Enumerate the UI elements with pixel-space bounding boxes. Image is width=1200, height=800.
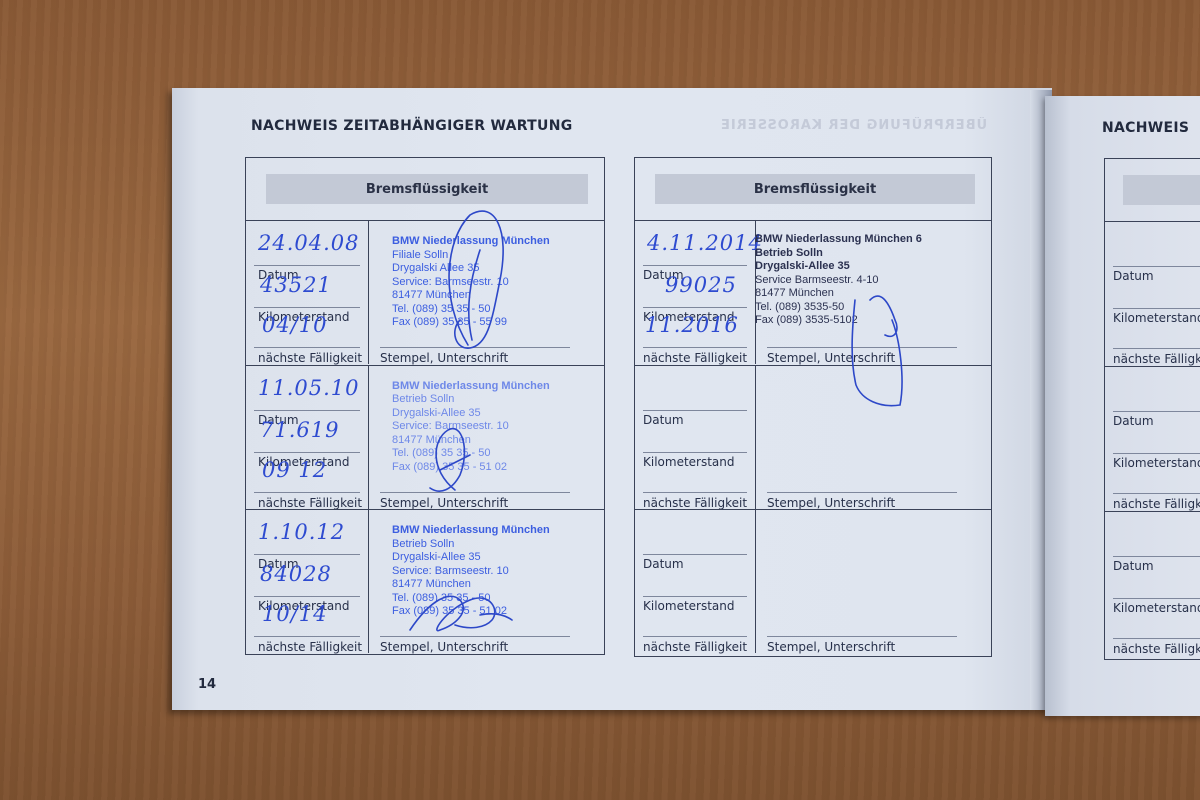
writing-line (643, 265, 747, 266)
entry-row: DatumKilometerstandnächste FälligkeitSte… (635, 220, 991, 364)
writing-line (380, 347, 570, 348)
kilometerstand-label: Kilometerstand (643, 455, 735, 469)
stamp-line: BMW Niederlassung München 6 (755, 233, 922, 247)
naechste-faelligkeit-label: nächste Fälligk (1113, 497, 1200, 511)
datum-label: Datum (1113, 269, 1154, 283)
dealer-stamp: BMW Niederlassung MünchenBetrieb SollnDr… (392, 380, 550, 475)
naechste-faelligkeit-label: nächste Fälligk (1113, 642, 1200, 656)
handwritten-date: 24.04.08 (258, 231, 360, 255)
writing-line (643, 347, 747, 348)
naechste-faelligkeit-label: nächste Fälligkeit (258, 640, 362, 654)
writing-line (254, 307, 360, 308)
stamp-line: Fax (089) 3535-5102 (755, 314, 922, 328)
stamp-signature-label: Stempel, Unterschrift (380, 351, 508, 365)
handwritten-date: 4.11.2014 (647, 231, 763, 255)
writing-line (643, 452, 747, 453)
writing-line (254, 492, 360, 493)
writing-line (254, 554, 360, 555)
entry-row: DatumKilometerstandnächste Fälligk (1105, 366, 1200, 510)
writing-line (1113, 453, 1200, 454)
datum-label: Datum (643, 557, 684, 571)
writing-line (767, 347, 957, 348)
dealer-stamp: BMW Niederlassung MünchenBetrieb SollnDr… (392, 524, 550, 619)
handwritten-mileage: 99025 (665, 273, 737, 297)
page-heading: NACHWEIS ZEITABHÄNGIGER WARTUNG (251, 118, 573, 134)
datum-label: Datum (1113, 559, 1154, 573)
maintenance-table-3-partial: DatumKilometerstandnächste FälligkDatumK… (1104, 158, 1200, 660)
stamp-signature-label: Stempel, Unterschrift (767, 496, 895, 510)
writing-line (1113, 638, 1200, 639)
writing-line (254, 347, 360, 348)
stamp-signature-label: Stempel, Unterschrift (380, 640, 508, 654)
stamp-line: Tel. (089) 35 35 - 50 (392, 303, 550, 317)
entry-row: DatumKilometerstandnächste FälligkeitSte… (246, 220, 604, 364)
stamp-line: Drygalski-Allee 35 (392, 551, 550, 565)
entry-row: DatumKilometerstandnächste Fälligk (1105, 511, 1200, 655)
column-divider (755, 510, 756, 653)
writing-line (254, 596, 360, 597)
writing-line (643, 492, 747, 493)
handwritten-mileage: 71.619 (260, 418, 339, 442)
stamp-line: Betrieb Solln (392, 393, 550, 407)
stamp-line: Filiale Solln (392, 249, 550, 263)
column-divider (368, 510, 369, 653)
stamp-line: BMW Niederlassung München (392, 235, 550, 249)
table-title: Bremsflüssigkeit (266, 174, 588, 204)
page-number: 14 (198, 677, 216, 692)
dealer-stamp: BMW Niederlassung München 6Betrieb Solln… (755, 233, 922, 328)
writing-line (1113, 308, 1200, 309)
stamp-line: Fax (089) 35 35 - 51 02 (392, 605, 550, 619)
stamp-line: Tel. (089) 35 35 - 50 (392, 447, 550, 461)
kilometerstand-label: Kilometerstand (1113, 311, 1200, 325)
handwritten-next-due: 04/10 (262, 313, 328, 337)
kilometerstand-label: Kilometerstand (1113, 456, 1200, 470)
stamp-line: Service: Barmseestr. 10 (392, 276, 550, 290)
naechste-faelligkeit-label: nächste Fälligkeit (258, 496, 362, 510)
table-title-blank (1123, 175, 1200, 205)
naechste-faelligkeit-label: nächste Fälligk (1113, 352, 1200, 366)
writing-line (1113, 411, 1200, 412)
entry-row: DatumKilometerstandnächste FälligkeitSte… (246, 509, 604, 653)
column-divider (368, 366, 369, 509)
naechste-faelligkeit-label: nächste Fälligkeit (643, 640, 747, 654)
naechste-faelligkeit-label: nächste Fälligkeit (643, 496, 747, 510)
stamp-line: 81477 München (755, 287, 922, 301)
kilometerstand-label: Kilometerstand (643, 599, 735, 613)
stamp-line: Tel. (089) 3535-50 (755, 301, 922, 315)
entry-row: DatumKilometerstandnächste Fälligk (1105, 221, 1200, 365)
stamp-signature-label: Stempel, Unterschrift (767, 640, 895, 654)
stamp-line: Service Barmseestr. 4-10 (755, 274, 922, 288)
writing-line (767, 492, 957, 493)
dealer-stamp: BMW Niederlassung MünchenFiliale SollnDr… (392, 235, 550, 330)
stamp-line: Drygalski-Allee 35 (392, 407, 550, 421)
datum-label: Datum (643, 413, 684, 427)
writing-line (254, 410, 360, 411)
handwritten-mileage: 43521 (260, 273, 332, 297)
bleedthrough-text: ÜBERPRÜFUNG DER KAROSSERIE (720, 118, 987, 133)
writing-line (1113, 348, 1200, 349)
stamp-line: BMW Niederlassung München (392, 380, 550, 394)
handwritten-mileage: 84028 (260, 562, 332, 586)
handwritten-next-due: 10/14 (262, 602, 328, 626)
handwritten-date: 11.05.10 (258, 376, 360, 400)
column-divider (368, 221, 369, 364)
stamp-line: Tel. (089) 35 35 - 50 (392, 592, 550, 606)
maintenance-table-1: Bremsflüssigkeit DatumKilometerstandnäch… (245, 157, 605, 655)
stamp-line: Betrieb Solln (755, 247, 922, 261)
datum-label: Datum (1113, 414, 1154, 428)
writing-line (643, 636, 747, 637)
writing-line (1113, 493, 1200, 494)
stamp-line: 81477 München (392, 578, 550, 592)
entry-row: DatumKilometerstandnächste FälligkeitSte… (635, 509, 991, 653)
writing-line (254, 452, 360, 453)
stamp-line: Service: Barmseestr. 10 (392, 565, 550, 579)
writing-line (254, 265, 360, 266)
writing-line (254, 636, 360, 637)
stamp-line: 81477 München (392, 434, 550, 448)
maintenance-table-2: Bremsflüssigkeit DatumKilometerstandnäch… (634, 157, 992, 657)
writing-line (643, 596, 747, 597)
entry-row: DatumKilometerstandnächste FälligkeitSte… (246, 365, 604, 509)
column-divider (755, 366, 756, 509)
entry-row: DatumKilometerstandnächste FälligkeitSte… (635, 365, 991, 509)
writing-line (380, 492, 570, 493)
stamp-line: Betrieb Solln (392, 538, 550, 552)
stamp-line: Drygalski-Allee 35 (755, 260, 922, 274)
table-title: Bremsflüssigkeit (655, 174, 975, 204)
stamp-line: Fax (089) 35 35 - 55 99 (392, 316, 550, 330)
naechste-faelligkeit-label: nächste Fälligkeit (643, 351, 747, 365)
writing-line (1113, 266, 1200, 267)
writing-line (1113, 556, 1200, 557)
stamp-line: Fax (089) 35 35 - 51 02 (392, 461, 550, 475)
stamp-signature-label: Stempel, Unterschrift (380, 496, 508, 510)
handwritten-next-due: 11.2016 (645, 313, 739, 337)
kilometerstand-label: Kilometerstand (1113, 601, 1200, 615)
stamp-line: Drygalski Allee 35 (392, 262, 550, 276)
writing-line (380, 636, 570, 637)
writing-line (643, 307, 747, 308)
stamp-line: BMW Niederlassung München (392, 524, 550, 538)
stamp-line: Service: Barmseestr. 10 (392, 420, 550, 434)
writing-line (643, 554, 747, 555)
writing-line (1113, 598, 1200, 599)
stamp-signature-label: Stempel, Unterschrift (767, 351, 895, 365)
writing-line (643, 410, 747, 411)
stamp-line: 81477 München (392, 289, 550, 303)
handwritten-date: 1.10.12 (258, 520, 345, 544)
right-page-heading: NACHWEIS (1102, 120, 1189, 136)
naechste-faelligkeit-label: nächste Fälligkeit (258, 351, 362, 365)
writing-line (767, 636, 957, 637)
handwritten-next-due: 09 12 (262, 458, 327, 482)
